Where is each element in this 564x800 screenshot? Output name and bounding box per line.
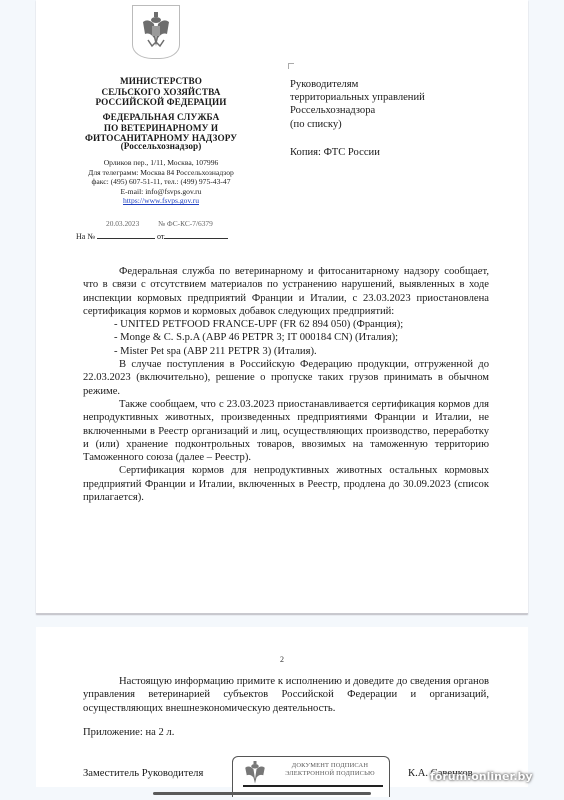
ministry-name: МИНИСТЕРСТВО СЕЛЬСКОГО ХОЗЯЙСТВА РОССИЙС… [56,76,266,108]
letter-body: Федеральная служба по ветеринарному и фи… [83,265,489,504]
document-page-1: МИНИСТЕРСТВО СЕЛЬСКОГО ХОЗЯЙСТВА РОССИЙС… [36,0,528,614]
registration-number: № ФС-КС-7/6379 [158,219,213,228]
home-indicator[interactable] [153,792,371,795]
telegram: Для телеграмм: Москва 84 Россельхознадзо… [56,168,266,178]
coat-of-arms-icon [243,761,267,785]
letter-body-continued: Настоящую информацию примите к исполнени… [83,675,489,715]
attachment-note: Приложение: на 2 л. [83,727,174,738]
coat-of-arms-icon [132,5,180,59]
reference-line: На № от [76,230,228,241]
address: Орликов пер., 1/11, Москва, 107996 [56,158,266,168]
watermark: forum.onliner.by [430,770,533,783]
reference-date-blank [164,230,228,239]
email: E-mail: info@fsvps.gov.ru [56,187,266,197]
addressee-block: Руководителям территориальных управлений… [290,78,425,131]
electronic-signature-stamp: ДОКУМЕНТ ПОДПИСАН ЭЛЕКТРОННОЙ ПОДПИСЬЮ [232,756,390,797]
phones: факс: (495) 607-51-11, тел.: (499) 975-4… [56,177,266,187]
paragraph: Настоящую информацию примите к исполнени… [83,675,489,715]
copy-recipient: Копия: ФТС России [290,147,380,158]
signer-title: Заместитель Руководителя [83,768,203,779]
document-page-2: 2 Настоящую информацию примите к исполне… [36,627,528,787]
registration-date: 20.03.2023 [106,219,139,228]
service-short-name: (Россельхознадзор) [56,141,266,152]
paragraph: Федеральная служба по ветеринарному и фи… [83,265,489,318]
reference-number-blank [97,230,155,239]
paragraph: Также сообщаем, что с 23.03.2023 приоста… [83,398,489,464]
list-item: - Mister Pet spa (ABP 211 PETPR 3) (Итал… [83,345,489,358]
list-item: - UNITED PETFOOD FRANCE-UPF (FR 62 894 0… [83,318,489,331]
list-item: - Monge & C. S.p.A (ABP 46 PETPR 3; IT 0… [83,331,489,344]
page-number: 2 [36,655,528,664]
contact-block: Орликов пер., 1/11, Москва, 107996 Для т… [56,158,266,206]
paragraph: В случае поступления в Российскую Федера… [83,358,489,398]
service-name: ФЕДЕРАЛЬНАЯ СЛУЖБА ПО ВЕТЕРИНАРНОМУ И ФИ… [56,112,266,144]
address-corner-mark [288,63,294,69]
paragraph: Сертификация кормов для непродуктивных ж… [83,464,489,504]
website-link[interactable]: https://www.fsvps.gov.ru [123,196,199,205]
signature-divider [243,785,383,787]
